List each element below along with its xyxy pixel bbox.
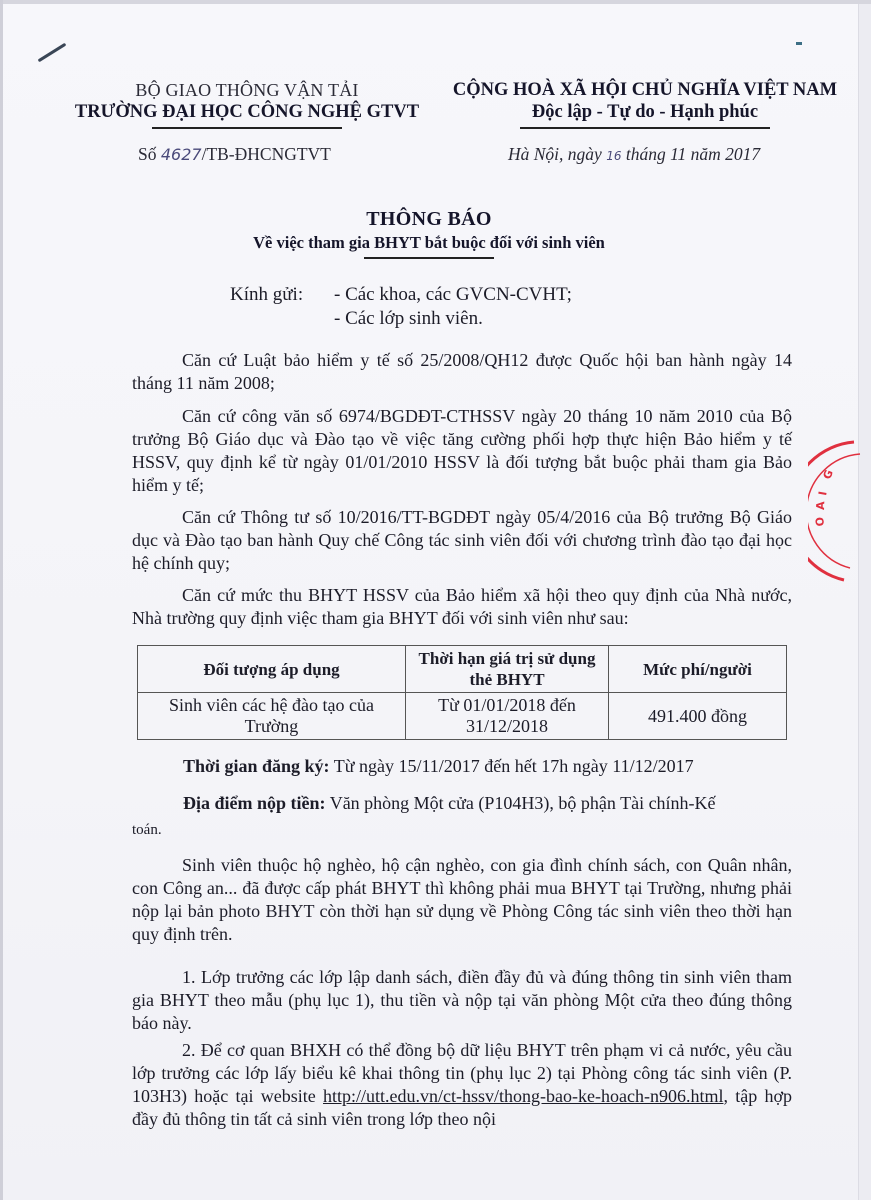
- payment-place-continuation: toán.: [132, 822, 162, 839]
- nation-header: CỘNG HOÀ XÃ HỘI CHỦ NGHĨA VIỆT NAM Độc l…: [440, 80, 850, 129]
- recipient-item: - Các khoa, các GVCN-CVHT;: [334, 284, 572, 305]
- column-header: Mức phí/người: [609, 646, 787, 693]
- payment-place-label: Địa điểm nộp tiền:: [183, 793, 326, 813]
- paragraph-legal-basis-3: Căn cứ Thông tư số 10/2016/TT-BGDĐT ngày…: [132, 506, 792, 575]
- title-subtitle: Về việc tham gia BHYT bắt buộc đối với s…: [0, 233, 858, 253]
- payment-place: Địa điểm nộp tiền: Văn phòng Một cửa (P1…: [183, 793, 716, 814]
- paragraph-text: 1. Lớp trưởng các lớp lập danh sách, điề…: [132, 966, 792, 1035]
- paragraph-text: Căn cứ Luật bảo hiểm y tế số 25/2008/QH1…: [132, 349, 792, 395]
- doc-number-suffix: /TB-ĐHCNGTVT: [202, 144, 331, 164]
- paragraph-text: Căn cứ công văn số 6974/BGDĐT-CTHSSV ngà…: [132, 405, 792, 497]
- paragraph-legal-basis-4: Căn cứ mức thu BHYT HSSV của Bảo hiểm xã…: [132, 584, 792, 630]
- title-main: THÔNG BÁO: [0, 208, 858, 231]
- paragraph-legal-basis-2: Căn cứ công văn số 6974/BGDĐT-CTHSSV ngà…: [132, 405, 792, 497]
- school-name: TRƯỜNG ĐẠI HỌC CÔNG NGHỆ GTVT: [62, 102, 432, 123]
- payment-place-value: Văn phòng Một cửa (P104H3), bộ phận Tài …: [326, 793, 716, 813]
- date-suffix: tháng 11 năm 2017: [621, 144, 760, 164]
- table-header-row: Đối tượng áp dụng Thời hạn giá trị sử dụ…: [138, 646, 787, 693]
- recipients: Kính gửi:- Các khoa, các GVCN-CVHT; - Cá…: [230, 284, 572, 330]
- paragraph-text: Sinh viên thuộc hộ nghèo, hộ cận nghèo, …: [132, 854, 792, 946]
- instruction-item-1: 1. Lớp trưởng các lớp lập danh sách, điề…: [132, 966, 792, 1035]
- motto-underline: [520, 127, 770, 129]
- recipient-item: - Các lớp sinh viên.: [230, 308, 572, 330]
- national-motto: Độc lập - Tự do - Hạnh phúc: [440, 102, 850, 123]
- paragraph-text: Căn cứ mức thu BHYT HSSV của Bảo hiểm xã…: [132, 584, 792, 630]
- table-cell: Từ 01/01/2018 đến 31/12/2018: [406, 693, 609, 740]
- doc-number-handwritten: 4627: [161, 145, 202, 164]
- website-link[interactable]: http://utt.edu.vn/ct-hssv/thong-bao-ke-h…: [323, 1086, 723, 1106]
- page-top-edge: [0, 0, 871, 4]
- table-cell: Sinh viên các hệ đào tạo của Trường: [138, 693, 406, 740]
- recipients-label: Kính gửi:: [230, 284, 334, 306]
- ink-speck: [796, 42, 802, 45]
- paragraph-text: Căn cứ Thông tư số 10/2016/TT-BGDĐT ngày…: [132, 506, 792, 575]
- title-underline: [364, 257, 494, 259]
- document-number: Số 4627/TB-ĐHCNGTVT: [138, 144, 331, 165]
- table-row: Sinh viên các hệ đào tạo của Trường Từ 0…: [138, 693, 787, 740]
- registration-label: Thời gian đăng ký:: [183, 756, 330, 776]
- header-underline: [152, 127, 342, 129]
- page-left-edge: [0, 0, 3, 1200]
- issue-date: Hà Nội, ngày 16 tháng 11 năm 2017: [508, 144, 760, 165]
- instruction-item-2: 2. Để cơ quan BHXH có thể đồng bộ dữ liệ…: [132, 1039, 792, 1131]
- registration-period: Thời gian đăng ký: Từ ngày 15/11/2017 đế…: [183, 756, 694, 777]
- date-prefix: Hà Nội, ngày: [508, 144, 606, 164]
- column-header: Đối tượng áp dụng: [138, 646, 406, 693]
- issuer-header: BỘ GIAO THÔNG VẬN TẢI TRƯỜNG ĐẠI HỌC CÔN…: [62, 80, 432, 129]
- notice-title: THÔNG BÁO Về việc tham gia BHYT bắt buộc…: [0, 208, 858, 259]
- fee-table: Đối tượng áp dụng Thời hạn giá trị sử dụ…: [137, 645, 787, 740]
- registration-value: Từ ngày 15/11/2017 đến hết 17h ngày 11/1…: [330, 756, 694, 776]
- column-header: Thời hạn giá trị sử dụng thẻ BHYT: [406, 646, 609, 693]
- paragraph-exemptions: Sinh viên thuộc hộ nghèo, hộ cận nghèo, …: [132, 854, 792, 946]
- doc-number-prefix: Số: [138, 144, 161, 164]
- page-edge: [858, 0, 871, 1200]
- table-cell: 491.400 đồng: [609, 693, 787, 740]
- ministry-name: BỘ GIAO THÔNG VẬN TẢI: [62, 80, 432, 101]
- date-day-handwritten: 16: [606, 149, 621, 163]
- paragraph-legal-basis-1: Căn cứ Luật bảo hiểm y tế số 25/2008/QH1…: [132, 349, 792, 395]
- nation-name: CỘNG HOÀ XÃ HỘI CHỦ NGHĨA VIỆT NAM: [440, 80, 850, 101]
